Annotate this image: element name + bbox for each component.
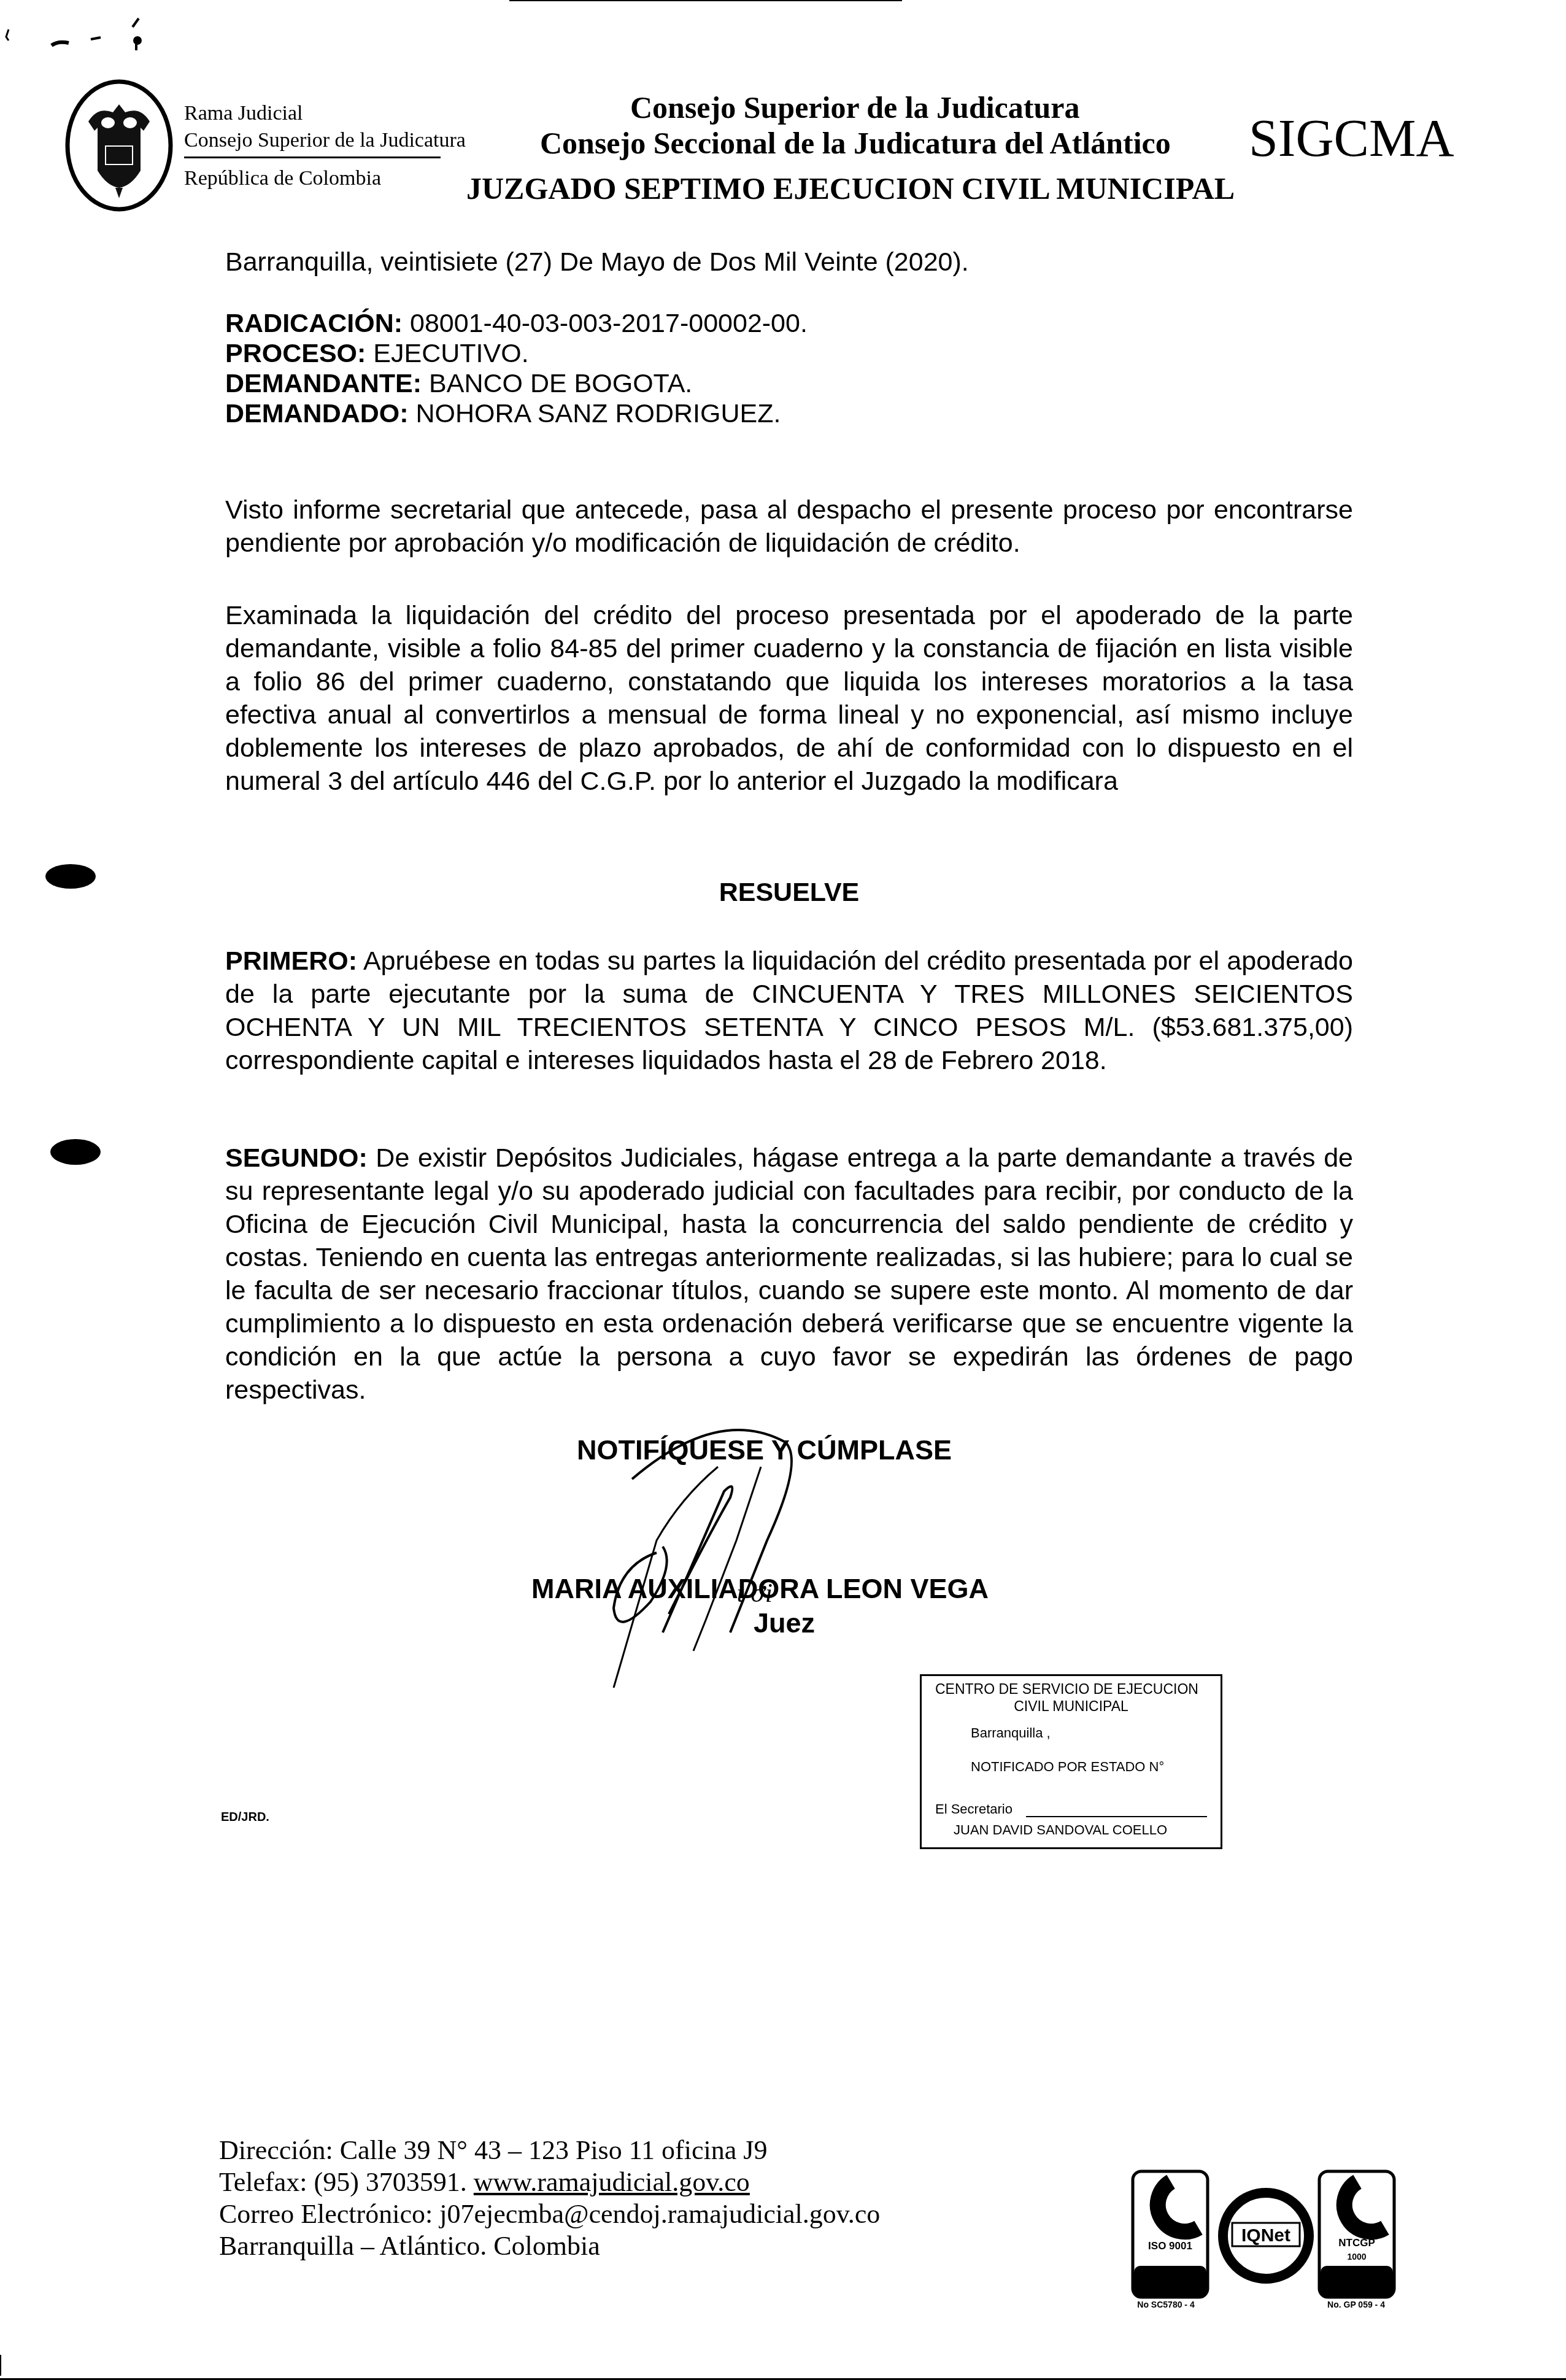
footer-city: Barranquilla – Atlántico. Colombia	[219, 2230, 880, 2262]
resolution-segundo: SEGUNDO: De existir Depósitos Judiciales…	[225, 1142, 1353, 1407]
punch-hole	[50, 1139, 101, 1165]
stamp-notificado: NOTIFICADO POR ESTADO N°	[971, 1760, 1164, 1774]
header-republica: República de Colombia	[184, 168, 381, 189]
handwritten-signature-icon: ι ơi	[583, 1418, 1025, 1688]
header-court-name: JUZGADO SEPTIMO EJECUCION CIVIL MUNICIPA…	[466, 173, 1235, 204]
footer-contact: Dirección: Calle 39 N° 43 – 123 Piso 11 …	[219, 2135, 880, 2262]
svg-text:IQNet: IQNet	[1241, 2225, 1290, 2246]
case-info-demandado: DEMANDADO: NOHORA SANZ RODRIGUEZ.	[225, 399, 808, 429]
footer-website-link[interactable]: www.ramajudicial.gov.co	[474, 2167, 750, 2197]
stamp-signature-line	[1026, 1816, 1207, 1817]
footer-telefax: Telefax: (95) 3703591. www.ramajudicial.…	[219, 2166, 880, 2198]
case-info-demandante: DEMANDANTE: BANCO DE BOGOTA.	[225, 369, 808, 399]
svg-text:No. GP 059 - 4: No. GP 059 - 4	[1327, 2300, 1385, 2308]
header-title-line-2: Consejo Seccional de la Judicatura del A…	[540, 128, 1171, 158]
icontec-iso-icon: ISO 9001 No SC5780 - 4	[1133, 2171, 1208, 2308]
proceso-value: EJECUTIVO.	[366, 339, 528, 368]
header-rama-judicial: Rama Judicial	[184, 103, 303, 124]
stamp-secretario-name: JUAN DAVID SANDOVAL COELLO	[954, 1823, 1167, 1837]
date-line: Barranquilla, veintisiete (27) De Mayo d…	[225, 245, 969, 279]
svg-text:ISO 9001: ISO 9001	[1148, 2240, 1192, 2252]
stamp-line-2: CIVIL MUNICIPAL	[922, 1699, 1221, 1714]
icontec-ntcgp-icon: NTCGP 1000 No. GP 059 - 4	[1319, 2171, 1394, 2308]
demandado-label: DEMANDADO:	[225, 399, 409, 428]
case-info: RADICACIÓN: 08001-40-03-003-2017-00002-0…	[225, 309, 808, 429]
svg-text:1000: 1000	[1347, 2252, 1366, 2262]
notification-stamp: CENTRO DE SERVICIO DE EJECUCION CIVIL MU…	[920, 1674, 1222, 1849]
demandante-value: BANCO DE BOGOTA.	[422, 369, 692, 398]
iqnet-icon: IQNet	[1223, 2193, 1309, 2279]
resuelve-heading: RESUELVE	[225, 876, 1353, 909]
svg-text:No SC5780 - 4: No SC5780 - 4	[1137, 2300, 1195, 2308]
svg-text:NTCGP: NTCGP	[1338, 2237, 1375, 2249]
colombia-coat-of-arms-icon	[64, 79, 174, 212]
segundo-label: SEGUNDO:	[225, 1143, 368, 1173]
paragraph-visto: Visto informe secretarial que antecede, …	[225, 493, 1353, 560]
judge-role: Juez	[754, 1607, 815, 1640]
demandante-label: DEMANDANTE:	[225, 369, 422, 398]
case-info-radicacion: RADICACIÓN: 08001-40-03-003-2017-00002-0…	[225, 309, 808, 339]
stamp-secretario-label: El Secretario	[935, 1802, 1012, 1816]
stamp-line-1: CENTRO DE SERVICIO DE EJECUCION	[935, 1682, 1198, 1696]
header-consejo-superior: Consejo Superior de la Judicatura	[184, 130, 466, 151]
judge-name: MARIA AUXILIADORA LEON VEGA	[531, 1572, 989, 1605]
segundo-text: De existir Depósitos Judiciales, hágase …	[225, 1143, 1353, 1405]
proceso-label: PROCESO:	[225, 339, 366, 368]
primero-label: PRIMERO:	[225, 946, 357, 976]
header-sigcma: SIGCMA	[1249, 112, 1454, 164]
primero-text: Apruébese en todas su partes la liquidac…	[225, 946, 1353, 1075]
resolution-primero: PRIMERO: Apruébese en todas su partes la…	[225, 945, 1353, 1077]
case-info-proceso: PROCESO: EJECUTIVO.	[225, 339, 808, 369]
certification-logos: ISO 9001 No SC5780 - 4 IQNet NTCGP 1000 …	[1128, 2154, 1410, 2308]
footer-telefax-number: Telefax: (95) 3703591.	[219, 2167, 474, 2197]
scan-top-edge	[509, 0, 902, 1]
radicacion-value: 08001-40-03-003-2017-00002-00.	[403, 309, 808, 338]
demandado-value: NOHORA SANZ RODRIGUEZ.	[409, 399, 781, 428]
footer-address: Dirección: Calle 39 N° 43 – 123 Piso 11 …	[219, 2135, 880, 2166]
paragraph-examinada: Examinada la liquidación del crédito del…	[225, 599, 1353, 798]
scan-edge-mark	[0, 2355, 1, 2376]
footer-email: Correo Electrónico: j07ejecmba@cendoj.ra…	[219, 2198, 880, 2230]
drafter-initials: ED/JRD.	[221, 1810, 269, 1825]
scan-marks-icon	[0, 12, 160, 55]
punch-hole	[45, 864, 96, 889]
header-divider	[184, 156, 441, 158]
header-title-line-1: Consejo Superior de la Judicatura	[630, 92, 1079, 123]
stamp-city: Barranquilla ,	[971, 1726, 1051, 1740]
radicacion-label: RADICACIÓN:	[225, 309, 403, 338]
